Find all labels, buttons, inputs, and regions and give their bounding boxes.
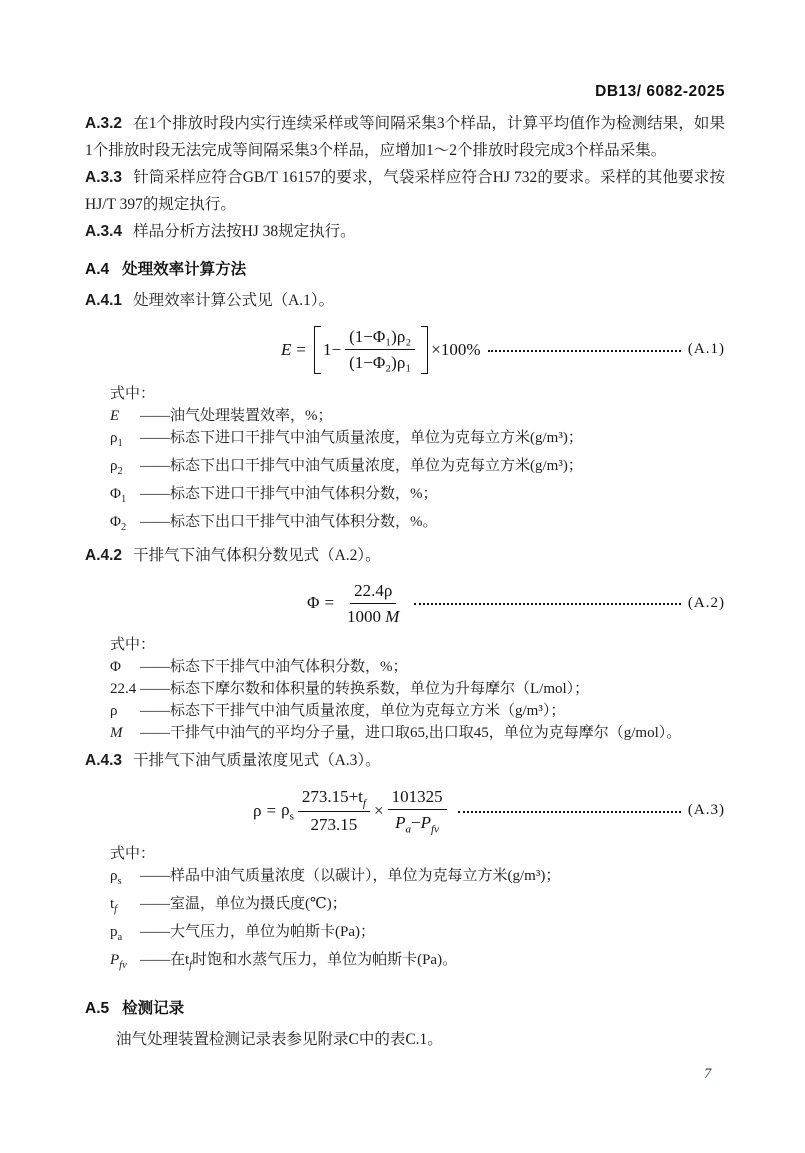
section-number: A.4.1 [85, 292, 122, 309]
page-content: DB13/ 6082-2025 A.3.2在1个排放时段内实行连续采样或等间隔采… [0, 0, 805, 1053]
formula-a1: E = 1− (1−Φ₁)ρ₂ (1−Φ₂)ρ₁ ×100% (A.1) [85, 326, 725, 374]
fraction-pressure: 101325 Pa−Pfv [388, 786, 447, 836]
symbol: Φ [110, 656, 140, 678]
where-item: 22.4——标态下摩尔数和体积量的转换系数，单位为升每摩尔（L/mol）； [85, 678, 725, 700]
symbol-description: ——干排气中油气的平均分子量，进口取65,出口取45，单位为克每摩尔（g/mol… [140, 722, 725, 744]
symbol: ρ2 [110, 455, 140, 483]
symbol-description: ——在tf时饱和水蒸气压力，单位为帕斯卡(Pa)。 [140, 949, 725, 977]
formula-lhs: E [281, 340, 291, 360]
fraction-numerator: (1−Φ₁)ρ₂ [345, 326, 415, 350]
symbol-description: ——标态下干排气中油气体积分数，%； [140, 656, 725, 678]
symbol-description: ——大气压力，单位为帕斯卡(Pa)； [140, 921, 725, 949]
fraction-denominator: 273.15 [307, 812, 362, 835]
fraction: (1−Φ₁)ρ₂ (1−Φ₂)ρ₁ [345, 326, 415, 374]
paragraph-text: 油气处理装置检测记录表参见附录C中的表C.1。 [116, 1031, 443, 1048]
dotted-leader [414, 603, 680, 605]
section-number: A.4 [85, 261, 109, 278]
where-label: 式中： [85, 634, 725, 656]
paragraph-text: 处理效率计算公式见（A.1）。 [133, 292, 334, 309]
symbol-description: ——标态下进口干排气中油气质量浓度，单位为克每立方米(g/m³)； [140, 427, 725, 455]
where-item: E——油气处理装置效率，%； [85, 405, 725, 427]
fraction-numerator: 22.4ρ [350, 580, 396, 604]
bracket-group: 1− (1−Φ₁)ρ₂ (1−Φ₂)ρ₁ [314, 326, 428, 374]
symbol: ρ [110, 700, 140, 722]
symbol: M [110, 722, 140, 744]
right-bracket [421, 326, 428, 374]
symbol-description: ——标态下出口干排气中油气体积分数，%。 [140, 511, 725, 539]
symbol: Pfv [110, 949, 140, 977]
symbol: Φ1 [110, 483, 140, 511]
fraction-denominator: (1−Φ₂)ρ₁ [345, 350, 415, 373]
where-item: Pfv——在tf时饱和水蒸气压力，单位为帕斯卡(Pa)。 [85, 949, 725, 977]
fraction-numerator: 273.15+tf [298, 786, 370, 812]
where-label: 式中： [85, 383, 725, 405]
paragraph-text: 针筒采样应符合GB/T 16157的要求，气袋采样应符合HJ 732的要求。采样… [85, 169, 725, 213]
paragraph-text: 干排气下油气质量浓度见式（A.3）。 [133, 752, 381, 769]
section-number: A.3.4 [85, 223, 122, 240]
symbol-description: ——标态下出口干排气中油气质量浓度，单位为克每立方米(g/m³)； [140, 455, 725, 483]
where-list-3: 式中： ρs——样品中油气质量浓度（以碳计），单位为克每立方米(g/m³)； t… [85, 843, 725, 977]
where-item: ρs——样品中油气质量浓度（以碳计），单位为克每立方米(g/m³)； [85, 865, 725, 893]
fraction-denominator: 1000 M [343, 604, 403, 627]
formula-label: (A.2) [688, 595, 725, 612]
symbol-description: ——油气处理装置效率，%； [140, 405, 725, 427]
paragraph-a333: A.3.3针筒采样应符合GB/T 16157的要求，气袋采样应符合HJ 732的… [85, 164, 725, 218]
paragraph-a5: 油气处理装置检测记录表参见附录C中的表C.1。 [85, 1026, 725, 1053]
symbol: E [110, 405, 140, 427]
where-item: Φ2——标态下出口干排气中油气体积分数，%。 [85, 511, 725, 539]
symbol: pa [110, 921, 140, 949]
symbol: ρ1 [110, 427, 140, 455]
where-item: Φ——标态下干排气中油气体积分数，%； [85, 656, 725, 678]
paragraph-a41: A.4.1处理效率计算公式见（A.1）。 [85, 287, 725, 314]
formula-pre: 1− [323, 340, 341, 360]
formula-rhs-base: ρs [281, 800, 294, 822]
paragraph-text: 干排气下油气体积分数见式（A.2）。 [133, 547, 381, 564]
formula-label: (A.1) [688, 341, 725, 358]
dotted-leader [458, 811, 681, 813]
where-item: ρ2——标态下出口干排气中油气质量浓度，单位为克每立方米(g/m³)； [85, 455, 725, 483]
where-list-1: 式中： E——油气处理装置效率，%； ρ1——标态下进口干排气中油气质量浓度，单… [85, 383, 725, 539]
symbol: Φ2 [110, 511, 140, 539]
paragraph-a332: A.3.2在1个排放时段内实行连续采样或等间隔采集3个样品，计算平均值作为检测结… [85, 110, 725, 164]
doc-code: DB13/ 6082-2025 [85, 83, 725, 101]
section-number: A.4.2 [85, 547, 122, 564]
where-item: ρ1——标态下进口干排气中油气质量浓度，单位为克每立方米(g/m³)； [85, 427, 725, 455]
fraction-numerator: 101325 [388, 786, 447, 810]
section-number: A.3.3 [85, 169, 122, 186]
where-item: pa——大气压力，单位为帕斯卡(Pa)； [85, 921, 725, 949]
section-number: A.3.2 [85, 115, 122, 132]
equals-sign: = [324, 593, 334, 613]
section-number: A.5 [85, 1000, 109, 1017]
left-bracket [314, 326, 321, 374]
dotted-leader [488, 350, 681, 352]
fraction: 22.4ρ 1000 M [343, 580, 403, 628]
symbol: tf [110, 893, 140, 921]
times-sign: × [374, 801, 384, 821]
heading-a5: A.5检测记录 [85, 995, 725, 1022]
paragraph-text: 在1个排放时段内实行连续采样或等间隔采集3个样品，计算平均值作为检测结果，如果1… [85, 115, 725, 159]
symbol-description: ——标态下进口干排气中油气体积分数，%； [140, 483, 725, 511]
paragraph-a43: A.4.3干排气下油气质量浓度见式（A.3）。 [85, 747, 725, 774]
formula-a2: Φ = 22.4ρ 1000 M (A.2) [85, 580, 725, 628]
symbol-description: ——室温，单位为摄氏度(℃)； [140, 893, 725, 921]
fraction-temperature: 273.15+tf 273.15 [298, 786, 370, 836]
formula-post: ×100% [431, 340, 480, 360]
heading-text: 处理效率计算方法 [122, 261, 246, 278]
symbol-description: ——标态下摩尔数和体积量的转换系数，单位为升每摩尔（L/mol）； [140, 678, 725, 700]
formula-lhs: ρ [253, 801, 261, 821]
paragraph-a42: A.4.2干排气下油气体积分数见式（A.2）。 [85, 542, 725, 569]
symbol: 22.4 [110, 678, 140, 700]
formula-lhs: Φ [307, 593, 319, 613]
where-item: ρ——标态下干排气中油气质量浓度，单位为克每立方米（g/m³）； [85, 700, 725, 722]
heading-text: 检测记录 [122, 1000, 184, 1017]
symbol-description: ——标态下干排气中油气质量浓度，单位为克每立方米（g/m³）； [140, 700, 725, 722]
where-item: tf——室温，单位为摄氏度(℃)； [85, 893, 725, 921]
formula-a3: ρ = ρs 273.15+tf 273.15 × 101325 Pa−Pfv … [85, 786, 725, 836]
formula-label: (A.3) [688, 802, 725, 819]
section-number: A.4.3 [85, 752, 122, 769]
paragraph-a334: A.3.4样品分析方法按HJ 38规定执行。 [85, 218, 725, 245]
equals-sign: = [296, 340, 306, 360]
symbol: ρs [110, 865, 140, 893]
where-label: 式中： [85, 843, 725, 865]
where-item: M——干排气中油气的平均分子量，进口取65,出口取45，单位为克每摩尔（g/mo… [85, 722, 725, 744]
where-item: Φ1——标态下进口干排气中油气体积分数，%； [85, 483, 725, 511]
symbol-description: ——样品中油气质量浓度（以碳计），单位为克每立方米(g/m³)； [140, 865, 725, 893]
heading-a4: A.4处理效率计算方法 [85, 256, 725, 283]
paragraph-text: 样品分析方法按HJ 38规定执行。 [133, 223, 356, 240]
where-list-2: 式中： Φ——标态下干排气中油气体积分数，%； 22.4——标态下摩尔数和体积量… [85, 634, 725, 744]
page-number: 7 [704, 1066, 711, 1083]
fraction-denominator: Pa−Pfv [391, 810, 443, 835]
document-page: { "header": { "doc_code": "DB13/ 6082-20… [0, 0, 805, 1153]
equals-sign: = [266, 801, 276, 821]
